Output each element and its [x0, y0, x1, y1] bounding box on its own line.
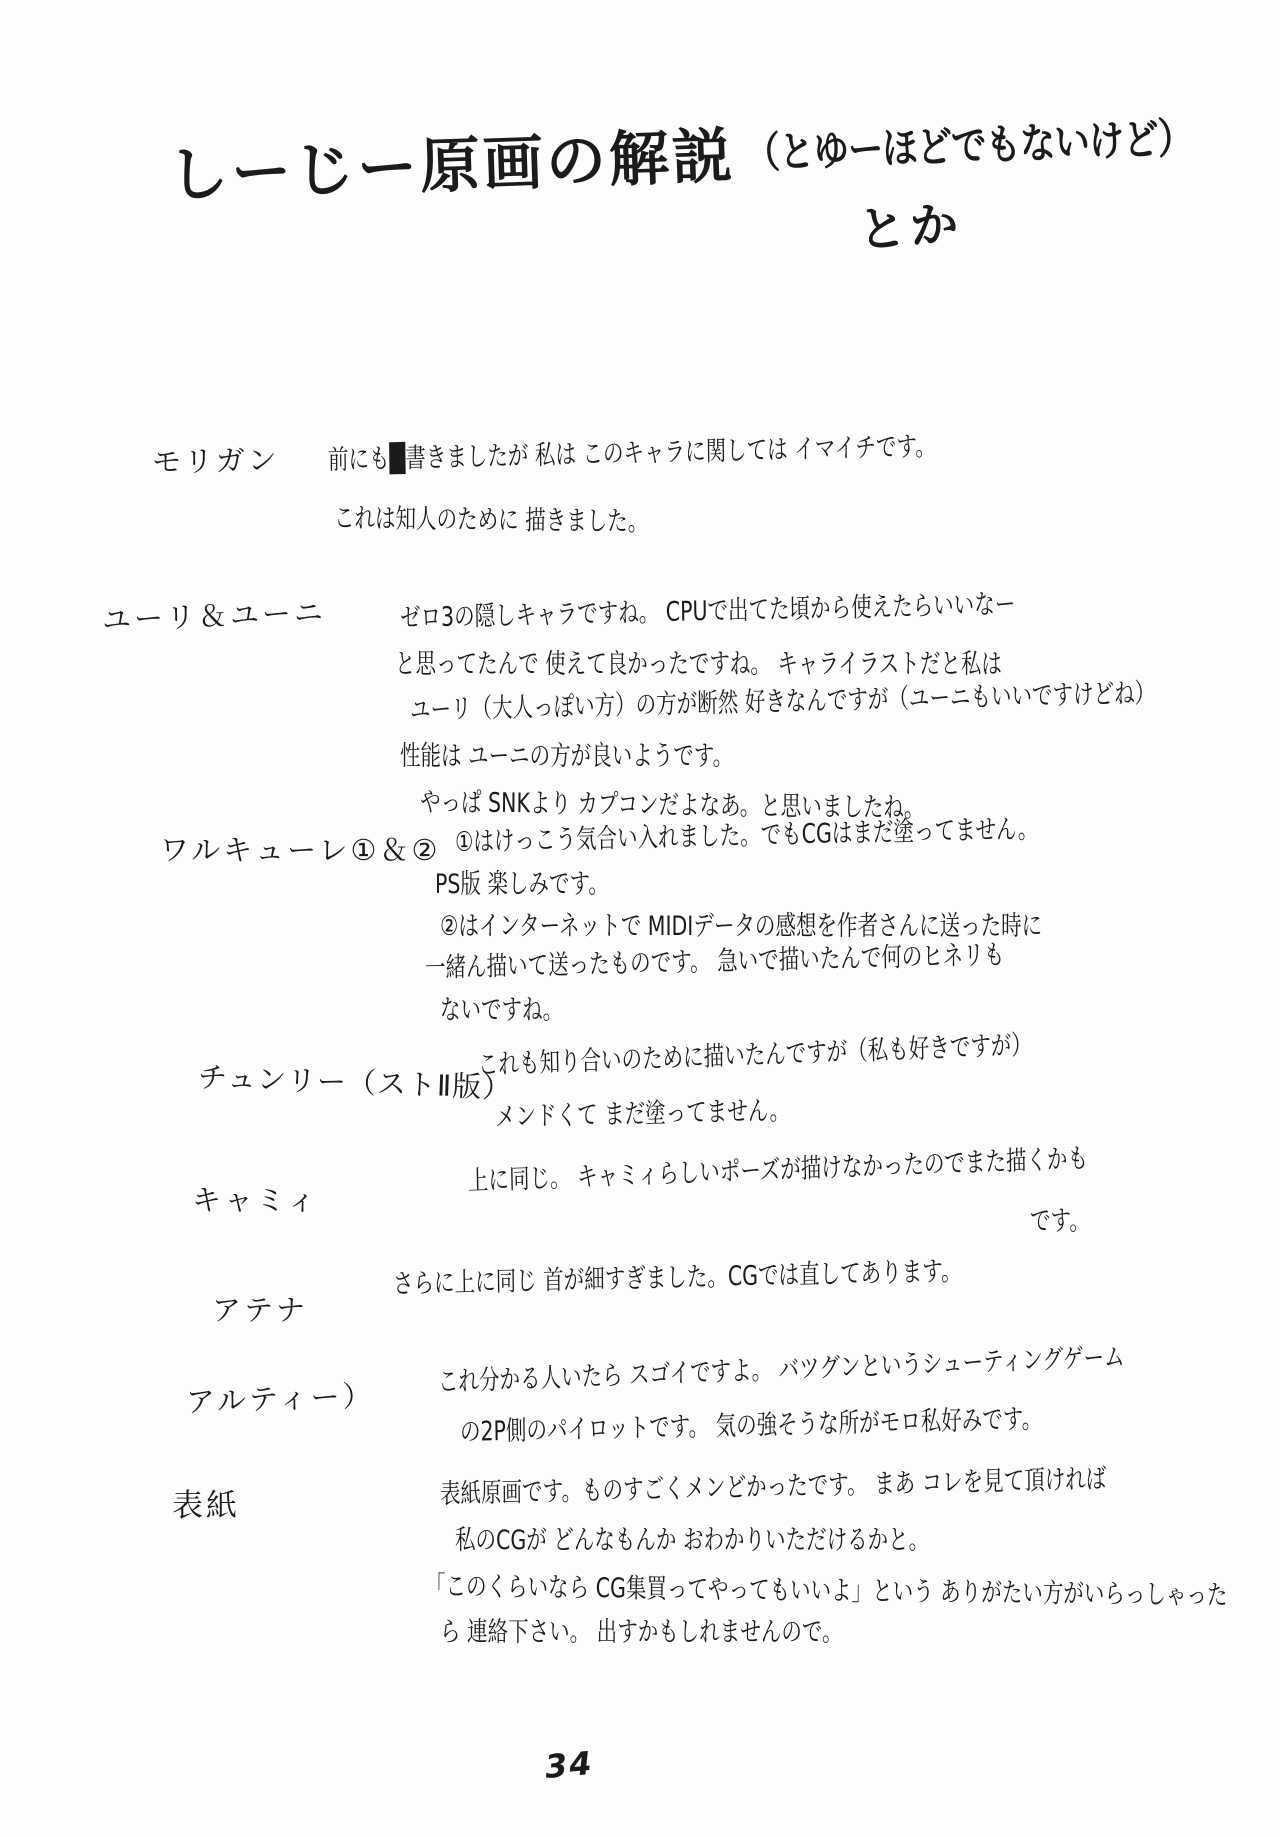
section-line: 表紙原画です。ものすごくメンどかったです。 まあ コレを見て頂ければ [440, 1454, 1232, 1518]
section-line: ゼロ3の隠しキャラですね。 CPUで出てた頃から使えたらいいなー [400, 579, 1153, 642]
section-line: 性能は ユーニの方が良いようです。 [400, 734, 1153, 780]
section-morrigan: 前にも█書きましたが 私は このキャラに関しては イマイチです。 これは知人のた… [328, 432, 1128, 548]
section-yuri-yuni: ゼロ3の隠しキャラですね。 CPUで出てた頃から使えたらいいなー と思ってたんで… [395, 596, 1280, 826]
section-label-cover: 表紙 [172, 1480, 240, 1525]
section-line: です。 [1030, 1202, 1223, 1242]
section-label-valkyrie: ワルキューレ①＆② [160, 828, 441, 869]
scanned-document-page: しーじー原画の解説 （とゆーほどでもないけど） とか モリガン 前にも█書きまし… [0, 0, 1280, 1837]
page-title-paren: （とゆーほどでもないけど） [744, 105, 1194, 181]
section-label-morrigan: モリガン [152, 438, 280, 481]
page-title-main: しーじー原画の解説 [166, 108, 736, 214]
section-label-chunli: チュンリー（ストⅡ版） [197, 1055, 513, 1107]
page-title: しーじー原画の解説 （とゆーほどでもないけど） [166, 89, 1278, 214]
section-line: 上に同じ。 キャミィらしいポーズが描けなかったのでまた描くかも [468, 1139, 1089, 1202]
section-label-athena: アテナ [212, 1288, 308, 1329]
section-athena: さらに上に同じ 首が細すぎました。CGでは直してあります。 [393, 1262, 1141, 1301]
section-line: PS版 楽しみです。 [435, 864, 1041, 906]
section-line: 前にも█書きましたが 私は このキャラに関しては イマイチです。 [328, 418, 937, 490]
section-label-yuri-yuni: ユーリ＆ユーニ [101, 590, 326, 639]
section-artie: これ分かる人いたら スゴイですよ。 バツグンというシューティングゲーム の2P側… [438, 1358, 1280, 1458]
section-line: さらに上に同じ 首が細すぎました。CGでは直してあります。 [393, 1249, 962, 1301]
section-cover: 表紙原画です。ものすごくメンどかったです。 まあ コレを見て頂ければ 私のCGが… [425, 1472, 1280, 1656]
page-number: 34 [543, 1744, 595, 1786]
section-chunli: これも知り合いのために描いたんですが（私も好きですが） メンドくて まだ塗ってま… [478, 1040, 1207, 1144]
section-label-artie: アルティー） [185, 1373, 375, 1421]
page-title-suffix: とか [856, 185, 965, 261]
section-line: これは知人のために 描きました。 [334, 490, 938, 555]
section-valkyrie: ①はけっこう気合い入れました。でもCGはまだ塗ってません。 PS版 楽しみです。… [435, 822, 1232, 1032]
section-cammy: 上に同じ。 キャミィらしいポーズが描けなかったのでまた描くかも です。 [468, 1162, 1280, 1242]
section-label-cammy: キャミィ [192, 1178, 319, 1219]
section-line: 私のCGが どんなもんか おわかりいただけるかと。 [455, 1518, 1235, 1564]
section-line: メンドくて まだ塗ってません。 [495, 1080, 1037, 1144]
section-line: ら 連絡下さい。 出すかもしれませんので。 [440, 1610, 1231, 1656]
